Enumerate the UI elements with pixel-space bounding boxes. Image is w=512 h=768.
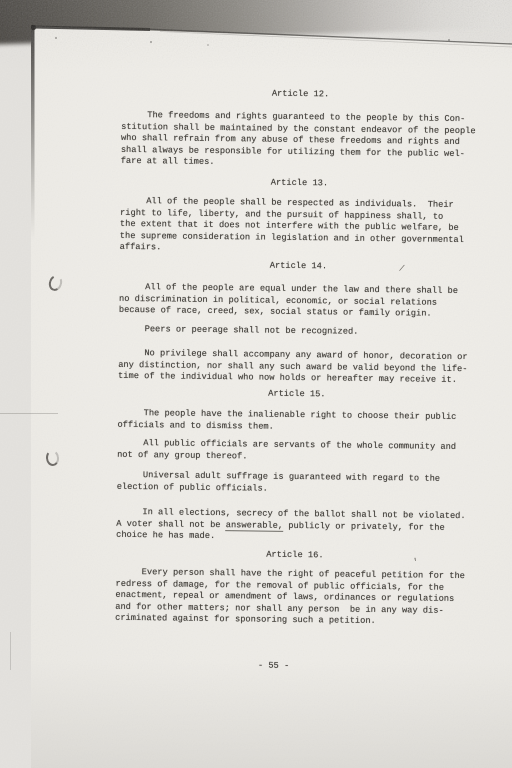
text-span: A voter shall not be — [116, 518, 226, 529]
paragraph: Every person shall have the right of pea… — [115, 567, 474, 629]
article-16-heading: Article 16. — [116, 548, 474, 564]
stray-line-artifact — [10, 632, 11, 670]
paragraph: Peers or peerage shall not be recognized… — [119, 324, 477, 340]
text-line: Peers or peerage shall not be recognized… — [119, 324, 477, 340]
paragraph: All public officials are servants of the… — [117, 438, 475, 465]
paragraph: In all elections, secrecy of the ballot … — [116, 507, 474, 546]
scanned-document: { "document": { "kind": "typewritten sca… — [0, 0, 512, 768]
article-15-heading: Article 15. — [118, 387, 476, 403]
text-span: publicly or privately, for the — [283, 520, 445, 532]
paragraph: The freedoms and rights guaranteed to th… — [121, 110, 480, 172]
article-14-heading: Article 14. — [119, 259, 477, 275]
paragraph: All of the people shall be respected as … — [120, 196, 479, 258]
page-number: - 55 - — [94, 659, 452, 675]
underlined-word: answerable, — [226, 520, 283, 532]
article-13-heading: Article 13. — [120, 176, 478, 192]
article-12-heading: Article 12. — [121, 87, 479, 103]
paragraph: The people have the inalienable right to… — [117, 408, 475, 435]
paragraph: All of the people are equal under the la… — [119, 282, 477, 321]
typewritten-text-block: Article 12.The freedoms and rights guara… — [113, 0, 480, 768]
paragraph: No privilege shall accompany any award o… — [118, 348, 476, 387]
paragraph: Universal adult suffrage is guaranteed w… — [117, 470, 475, 497]
